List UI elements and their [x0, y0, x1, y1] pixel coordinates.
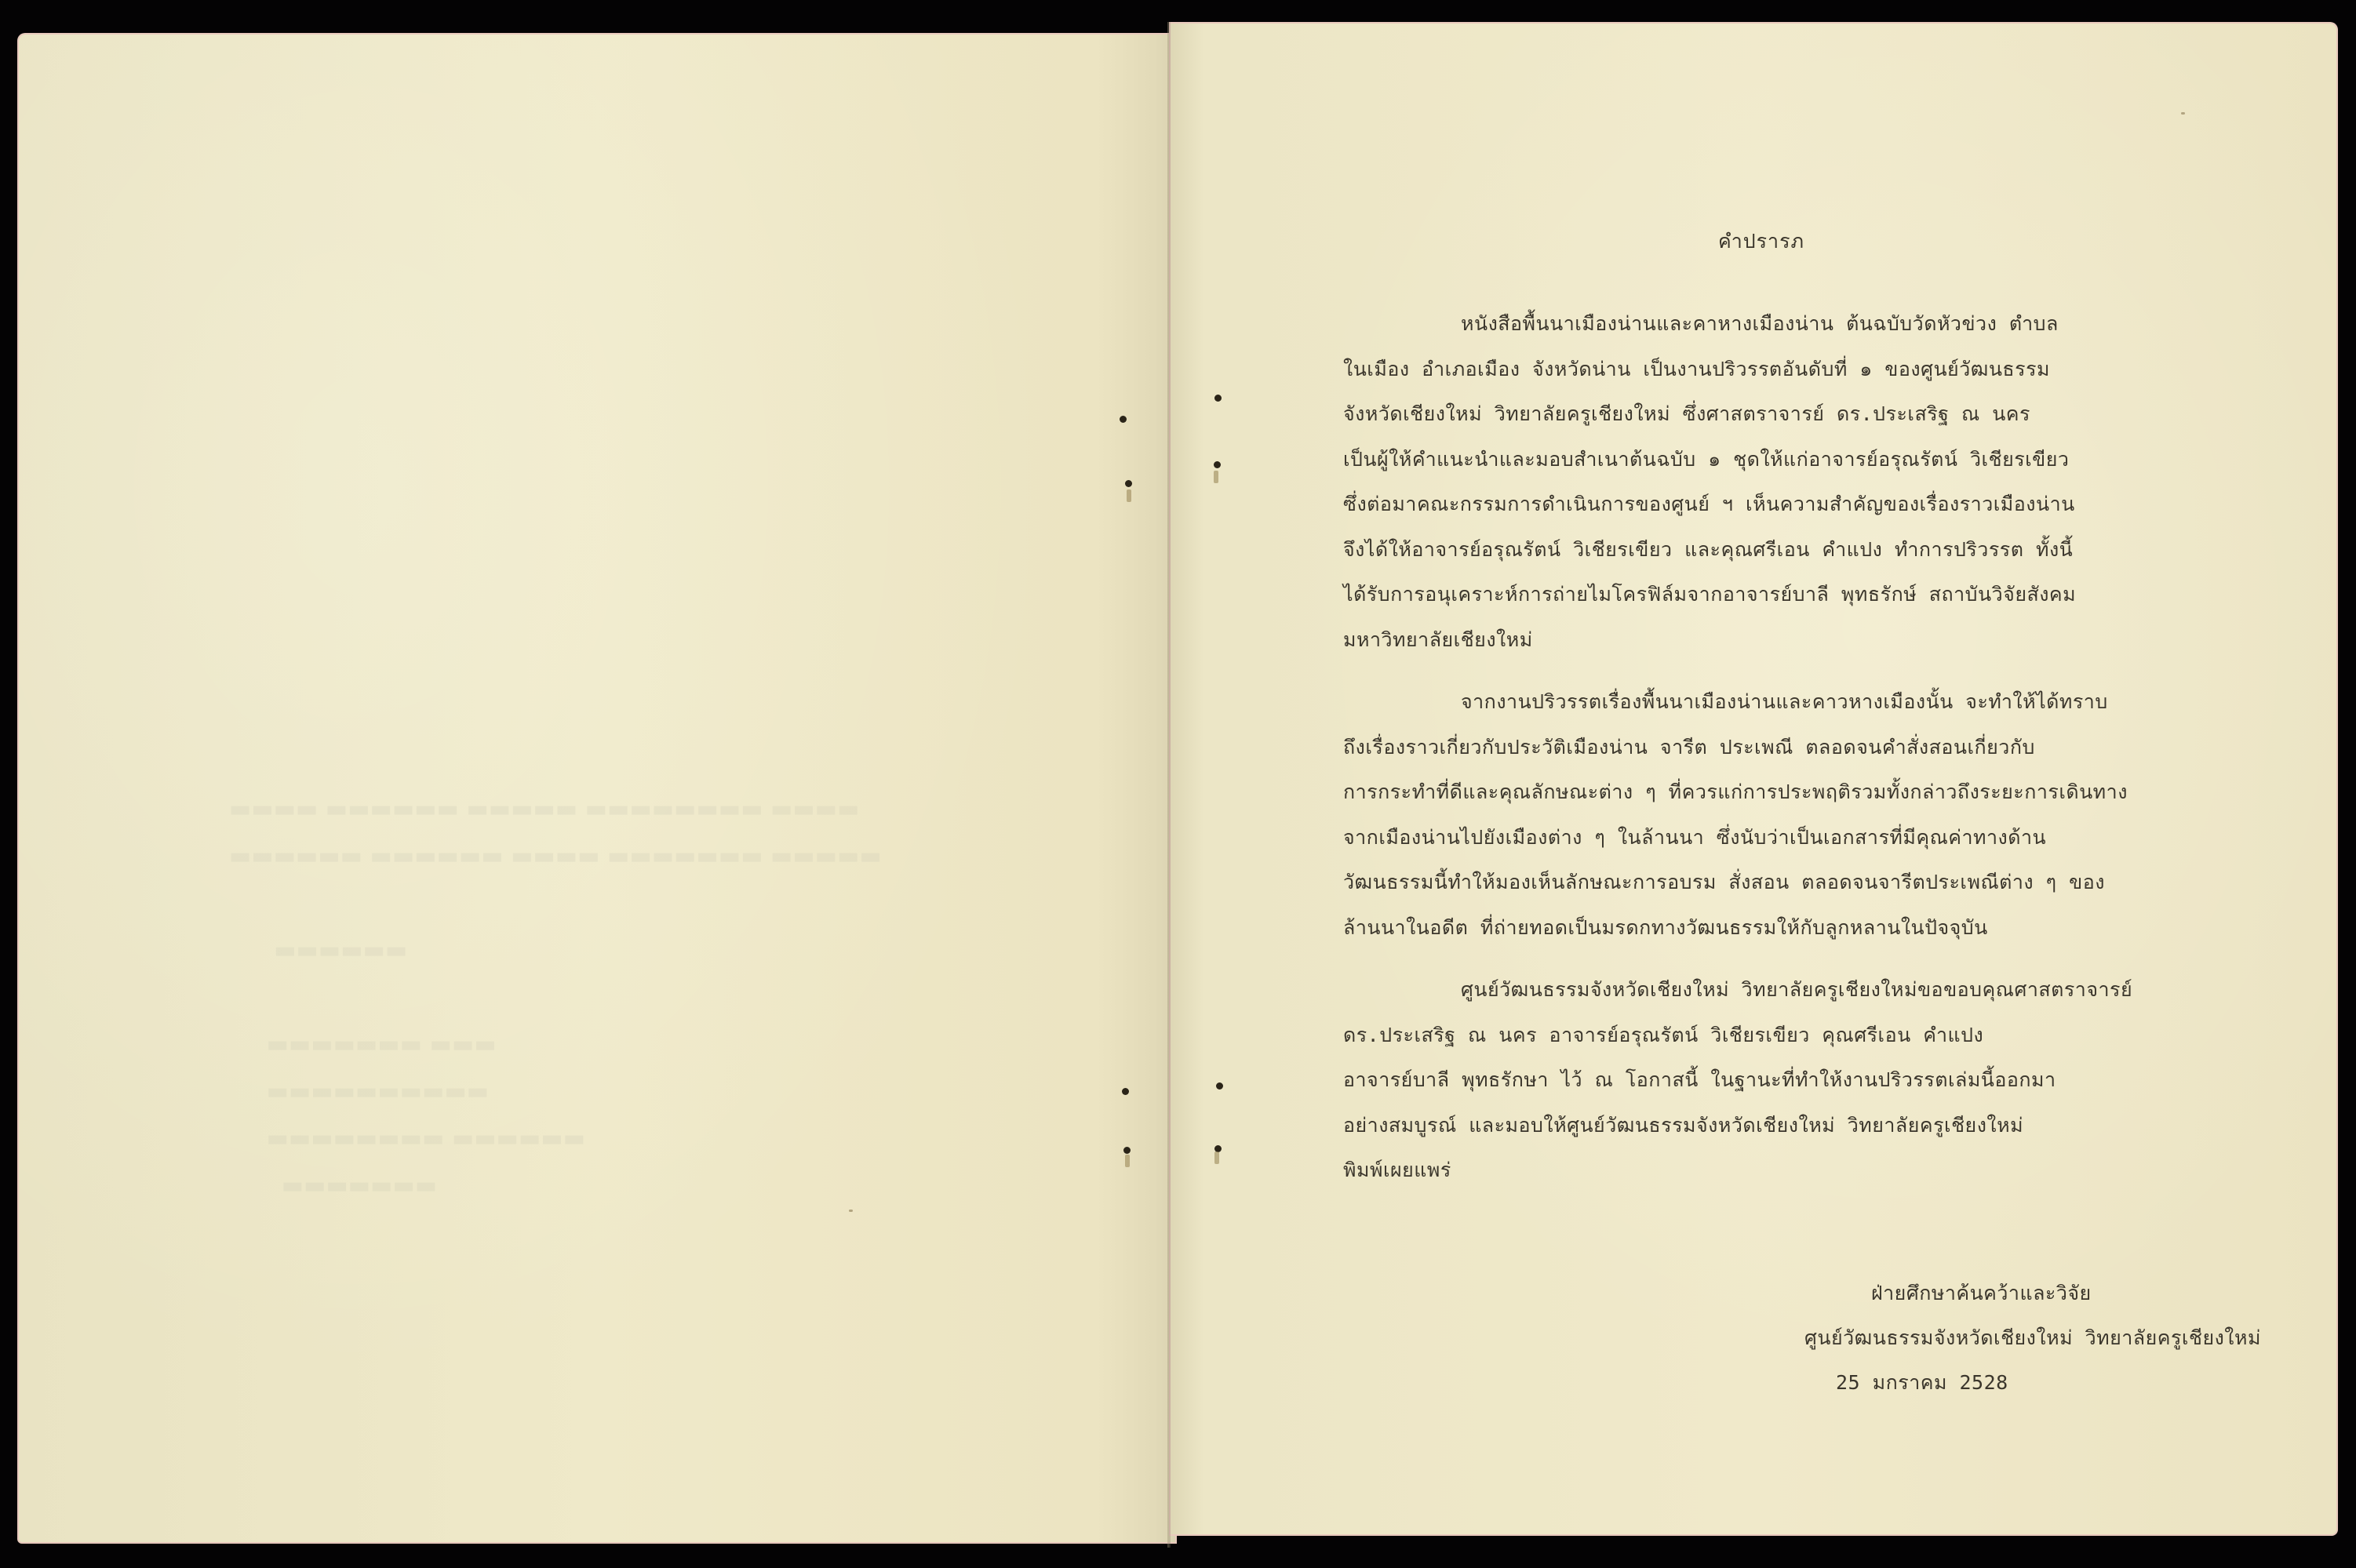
paragraph-spacer: [1343, 950, 2206, 967]
signature-block: ฝ่ายศึกษาค้นคว้าและวิจัย ศูนย์วัฒนธรรมจั…: [1804, 1271, 2261, 1405]
text-line: อาจารย์บาลี พุทธรักษา ไว้ ณ โอกาสนี้ ในฐ…: [1343, 1057, 2206, 1103]
text-line: จังหวัดเชียงใหม่ วิทยาลัยครูเชียงใหม่ ซึ…: [1343, 391, 2206, 437]
staple-hole: [1123, 1147, 1131, 1154]
staple-mark: [1125, 1155, 1130, 1167]
scanned-book-spread: ▬▬▬▬ ▬▬▬▬▬▬ ▬▬▬▬▬ ▬▬▬▬▬▬▬▬ ▬▬▬▬ ▬▬▬▬▬▬ ▬…: [0, 0, 2356, 1568]
text-line: มหาวิทยาลัยเชียงใหม่: [1343, 617, 2206, 663]
text-line: จากเมืองน่านไปยังเมืองต่าง ๆ ในล้านนา ซึ…: [1343, 815, 2206, 860]
bleed-through-text: ▬▬▬▬ ▬▬▬▬▬▬ ▬▬▬▬▬ ▬▬▬▬▬▬▬▬ ▬▬▬▬ ▬▬▬▬▬▬ ▬…: [229, 786, 935, 1210]
text-line: อย่างสมบูรณ์ และมอบให้ศูนย์วัฒนธรรมจังหว…: [1343, 1103, 2206, 1148]
signature-date: 25 มกราคม 2528: [1804, 1360, 2261, 1405]
text-line: จึงได้ให้อาจารย์อรุณรัตน์ วิเชียรเขียว แ…: [1343, 527, 2206, 573]
page-title: คำปรารภ: [1169, 226, 2346, 257]
text-line: ศูนย์วัฒนธรรมจังหวัดเชียงใหม่ วิทยาลัยคร…: [1343, 967, 2206, 1013]
text-line: เป็นผู้ให้คำแนะนำและมอบสำเนาต้นฉบับ ๑ ชุ…: [1343, 437, 2206, 482]
text-line: วัฒนธรรมนี้ทำให้มองเห็นลักษณะการอบรม สั่…: [1343, 860, 2206, 905]
signature-organization: ศูนย์วัฒนธรรมจังหวัดเชียงใหม่ วิทยาลัยคร…: [1804, 1315, 2261, 1360]
text-line: ซึ่งต่อมาคณะกรรมการดำเนินการของศูนย์ ฯ เ…: [1343, 482, 2206, 527]
paragraph-2: จากงานปริวรรตเรื่องพื้นนาเมืองน่านและคาว…: [1343, 679, 2206, 950]
staple-hole: [1120, 416, 1127, 423]
staple-hole: [1122, 1088, 1129, 1095]
staple-hole: [1125, 480, 1132, 487]
text-line: ในเมือง อำเภอเมือง จังหวัดน่าน เป็นงานปร…: [1343, 347, 2206, 392]
text-line: หนังสือพื้นนาเมืองน่านและคาหางเมืองน่าน …: [1343, 301, 2206, 347]
paragraph-1: หนังสือพื้นนาเมืองน่านและคาหางเมืองน่าน …: [1343, 301, 2206, 662]
text-line: ล้านนาในอดีต ที่ถ่ายทอดเป็นมรดกทางวัฒนธร…: [1343, 905, 2206, 951]
staple-mark: [1127, 489, 1131, 502]
text-line: จากงานปริวรรตเรื่องพื้นนาเมืองน่านและคาว…: [1343, 679, 2206, 725]
text-line: การกระทำที่ดีและคุณลักษณะต่าง ๆ ที่ควรแก…: [1343, 769, 2206, 815]
paper-speck: [849, 1210, 853, 1212]
left-page: ▬▬▬▬ ▬▬▬▬▬▬ ▬▬▬▬▬ ▬▬▬▬▬▬▬▬ ▬▬▬▬ ▬▬▬▬▬▬ ▬…: [17, 33, 1177, 1544]
text-line: ถึงเรื่องราวเกี่ยวกับประวัติเมืองน่าน จา…: [1343, 725, 2206, 770]
foreword-document: คำปรารภ หนังสือพื้นนาเมืองน่านและคาหางเม…: [1169, 22, 2338, 1536]
text-line: ดร.ประเสริฐ ณ นคร อาจารย์อรุณรัตน์ วิเชี…: [1343, 1013, 2206, 1058]
signature-department: ฝ่ายศึกษาค้นคว้าและวิจัย: [1804, 1271, 2261, 1315]
text-line: ได้รับการอนุเคราะห์การถ่ายไมโครฟิล์มจากอ…: [1343, 572, 2206, 617]
paragraph-3: ศูนย์วัฒนธรรมจังหวัดเชียงใหม่ วิทยาลัยคร…: [1343, 967, 2206, 1193]
paragraph-spacer: [1343, 662, 2206, 679]
foreword-body: หนังสือพื้นนาเมืองน่านและคาหางเมืองน่าน …: [1343, 301, 2206, 1193]
text-line: พิมพ์เผยแพร่: [1343, 1148, 2206, 1193]
